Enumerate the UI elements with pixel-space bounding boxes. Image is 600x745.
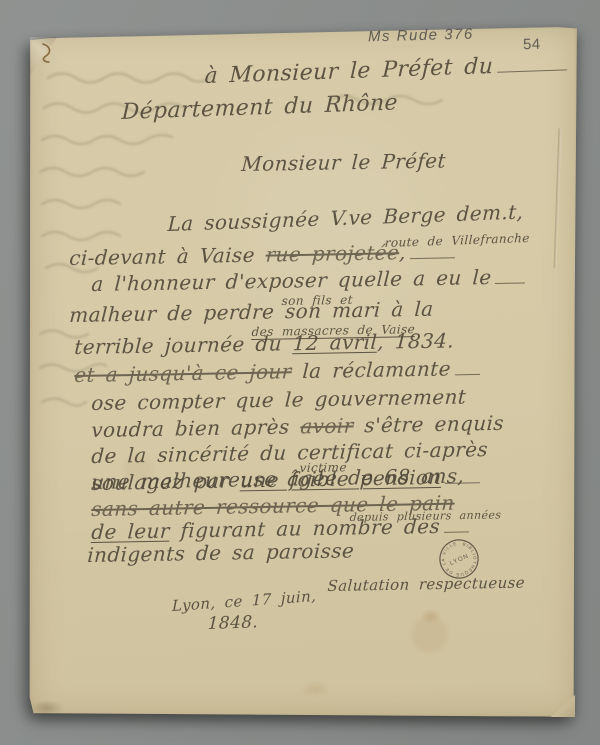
handwritten-text: Monsieur le Préfet: [241, 148, 447, 176]
letter-line: ose compter que le gouvernement: [91, 384, 467, 415]
handwritten-text: terrible journée du: [74, 331, 294, 359]
handwritten-text: 1848.: [207, 612, 258, 634]
letter-line: 1848.: [207, 612, 258, 634]
handwritten-text: et a jusqu'à ce jour: [74, 359, 293, 387]
handwritten-text: s'être enquis: [353, 411, 505, 438]
letter-line: terrible journée du 12 avril, 1834.: [74, 328, 455, 359]
handwritten-text: voudra bien après: [91, 414, 301, 442]
handwritten-text: Lyon, ce 17 juin,: [172, 587, 316, 615]
letter-line: ci-devant à Vaise rue projetée,: [69, 239, 456, 270]
letter-line: La soussignée V.ve Berge dem.t,: [167, 200, 524, 236]
handwritten-text: de leur: [91, 519, 171, 544]
line-filler-rule: [455, 364, 481, 375]
handwritten-text: Département du Rhône: [121, 90, 398, 125]
handwritten-text: , 1834.: [377, 328, 455, 353]
stamp-center-text: LYON: [449, 553, 470, 568]
handwritten-text: ci-devant à Vaise: [69, 243, 267, 270]
handwritten-text: ose compter que le gouvernement: [91, 384, 467, 415]
line-filler-rule: [497, 58, 567, 73]
letter-line: a l'honneur d'exposer quelle a eu le: [91, 264, 526, 296]
letter-line: Monsieur le Préfet: [241, 148, 447, 176]
line-filler-rule: [410, 247, 456, 259]
handwritten-text: indigents de sa paroisse: [87, 538, 355, 567]
line-filler-rule: [444, 521, 470, 532]
handwritten-text: 12 avril: [292, 330, 378, 356]
handwritten-text: à Monsieur le Préfet du: [204, 54, 494, 89]
handwritten-text: La soussignée V.ve Berge dem.t,: [167, 200, 524, 236]
handwritten-text: avoir: [300, 413, 354, 438]
letter-line: et a jusqu'à ce jour la réclamante: [74, 356, 481, 387]
handwritten-text: a l'honneur d'exposer quelle a eu le: [91, 265, 492, 296]
handwritten-text: rue projetée: [265, 240, 400, 266]
letter-line: Département du Rhône: [121, 90, 398, 125]
letter-line: à Monsieur le Préfet du: [204, 51, 568, 89]
handwritten-text: ,: [399, 240, 407, 264]
letter-line: Lyon, ce 17 juin,: [172, 587, 316, 615]
scanned-document: Ms Rude 376 54 à Monsieur le Préfet duDé…: [0, 0, 600, 745]
line-filler-rule: [495, 272, 526, 284]
handwritten-text: la réclamante: [291, 356, 451, 383]
letter-line: indigents de sa paroisse: [87, 538, 355, 567]
letter-body: à Monsieur le Préfet duDépartement du Rh…: [0, 0, 600, 745]
handwritten-text: Salutation respectueuse: [327, 574, 525, 595]
letter-line: Salutation respectueuse: [327, 574, 525, 595]
